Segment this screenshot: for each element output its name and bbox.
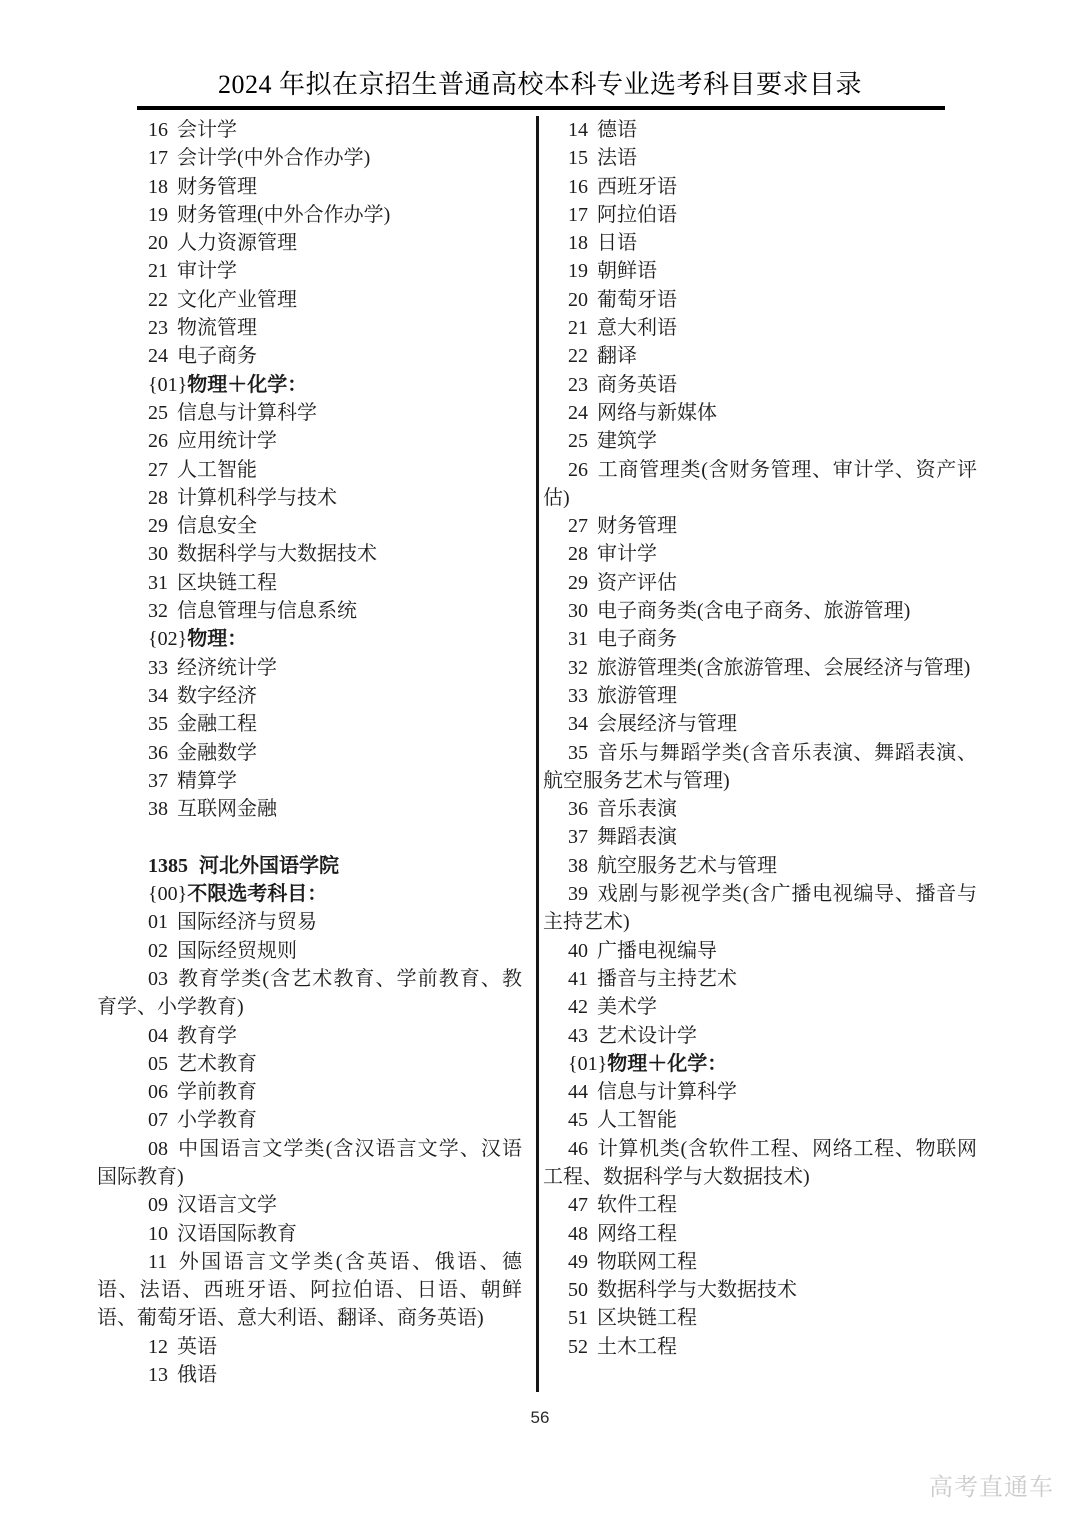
major-item: 22文化产业管理 — [97, 286, 522, 314]
major-number: 05 — [148, 1053, 168, 1075]
major-item: 02国际经贸规则 — [97, 937, 522, 965]
major-number: 22 — [568, 345, 588, 367]
major-item: 19朝鲜语 — [543, 257, 977, 285]
major-name: 信息安全 — [177, 515, 257, 537]
page-title: 2024 年拟在京招生普通高校本科专业选考科目要求目录 — [0, 68, 1080, 102]
major-name: 意大利语 — [597, 317, 677, 339]
major-name: 商务英语 — [597, 374, 677, 396]
major-name: 数据科学与大数据技术 — [597, 1279, 797, 1301]
major-number: 18 — [568, 232, 588, 254]
major-name: 电子商务类(含电子商务、旅游管理) — [597, 600, 910, 622]
document-page: 2024 年拟在京招生普通高校本科专业选考科目要求目录 16会计学17会计学(中… — [0, 0, 1080, 1527]
requirement-code: {01} — [148, 374, 187, 396]
major-item: 05艺术教育 — [97, 1050, 522, 1078]
page-number: 56 — [0, 1408, 1080, 1428]
major-item: 06学前教育 — [97, 1078, 522, 1106]
subject-requirement-heading: {01}物理＋化学： — [97, 371, 522, 399]
major-name: 翻译 — [597, 345, 637, 367]
major-name: 电子商务 — [177, 345, 257, 367]
major-item: 47软件工程 — [543, 1191, 977, 1219]
major-item: 25建筑学 — [543, 427, 977, 455]
major-name: 会计学(中外合作办学) — [177, 147, 370, 169]
major-name: 土木工程 — [597, 1336, 677, 1358]
major-number: 17 — [148, 147, 168, 169]
major-number: 38 — [568, 855, 588, 877]
major-name: 德语 — [597, 119, 637, 141]
major-number: 16 — [148, 119, 168, 141]
major-item: 23物流管理 — [97, 314, 522, 342]
major-item: 52土木工程 — [543, 1333, 977, 1361]
major-item: 12英语 — [97, 1333, 522, 1361]
major-number: 13 — [148, 1364, 168, 1386]
major-name: 审计学 — [597, 543, 657, 565]
major-item: 24电子商务 — [97, 342, 522, 370]
major-name: 物联网工程 — [597, 1251, 697, 1273]
major-name: 审计学 — [177, 260, 237, 282]
major-number: 16 — [568, 176, 588, 198]
major-item: 21意大利语 — [543, 314, 977, 342]
major-item: 29信息安全 — [97, 512, 522, 540]
major-item: 45人工智能 — [543, 1106, 977, 1134]
major-item: 30电子商务类(含电子商务、旅游管理) — [543, 597, 977, 625]
major-item: 04教育学 — [97, 1022, 522, 1050]
major-item: 49物联网工程 — [543, 1248, 977, 1276]
major-name: 旅游管理类(含旅游管理、会展经济与管理) — [597, 657, 970, 679]
major-name: 汉语国际教育 — [177, 1223, 297, 1245]
major-name: 音乐与舞蹈学类(含音乐表演、舞蹈表演、航空服务艺术与管理) — [543, 742, 977, 792]
major-item: 07小学教育 — [97, 1106, 522, 1134]
major-item: 34会展经济与管理 — [543, 710, 977, 738]
requirement-label: 物理： — [187, 628, 247, 650]
major-number: 04 — [148, 1025, 168, 1047]
major-name: 艺术设计学 — [597, 1025, 697, 1047]
major-item: 28计算机科学与技术 — [97, 484, 522, 512]
major-item: 42美术学 — [543, 993, 977, 1021]
major-name: 英语 — [177, 1336, 217, 1358]
major-name: 广播电视编导 — [597, 940, 717, 962]
major-number: 28 — [568, 543, 588, 565]
major-item: 22翻译 — [543, 342, 977, 370]
major-item: 25信息与计算科学 — [97, 399, 522, 427]
major-number: 32 — [148, 600, 168, 622]
major-name: 国际经济与贸易 — [177, 911, 317, 933]
major-number: 46 — [568, 1138, 588, 1160]
major-number: 31 — [148, 572, 168, 594]
major-number: 52 — [568, 1336, 588, 1358]
major-number: 36 — [148, 742, 168, 764]
institution-heading: 1385河北外国语学院 — [97, 852, 522, 880]
requirement-code: {01} — [568, 1053, 607, 1075]
major-number: 17 — [568, 204, 588, 226]
major-item: 14德语 — [543, 116, 977, 144]
major-number: 27 — [148, 459, 168, 481]
major-number: 08 — [148, 1138, 168, 1160]
major-name: 工商管理类(含财务管理、审计学、资产评估) — [543, 459, 977, 509]
major-name: 教育学 — [177, 1025, 237, 1047]
major-name: 旅游管理 — [597, 685, 677, 707]
major-number: 25 — [148, 402, 168, 424]
major-number: 09 — [148, 1194, 168, 1216]
major-name: 数字经济 — [177, 685, 257, 707]
major-name: 计算机科学与技术 — [177, 487, 337, 509]
major-name: 音乐表演 — [597, 798, 677, 820]
major-name: 信息与计算科学 — [597, 1081, 737, 1103]
major-name: 信息管理与信息系统 — [177, 600, 357, 622]
major-number: 02 — [148, 940, 168, 962]
major-number: 34 — [568, 713, 588, 735]
major-item: 24网络与新媒体 — [543, 399, 977, 427]
major-name: 会展经济与管理 — [597, 713, 737, 735]
blank-line — [97, 823, 522, 851]
major-number: 51 — [568, 1307, 588, 1329]
major-item: 36金融数学 — [97, 739, 522, 767]
major-item: 27财务管理 — [543, 512, 977, 540]
major-number: 35 — [568, 742, 588, 764]
major-item: 43艺术设计学 — [543, 1022, 977, 1050]
major-item: 36音乐表演 — [543, 795, 977, 823]
major-name: 阿拉伯语 — [597, 204, 677, 226]
major-item: 35音乐与舞蹈学类(含音乐表演、舞蹈表演、航空服务艺术与管理) — [543, 739, 977, 796]
major-number: 30 — [568, 600, 588, 622]
major-item: 26应用统计学 — [97, 427, 522, 455]
subject-requirement-heading: {02}物理： — [97, 625, 522, 653]
major-number: 28 — [148, 487, 168, 509]
major-item: 01国际经济与贸易 — [97, 908, 522, 936]
major-item: 32旅游管理类(含旅游管理、会展经济与管理) — [543, 654, 977, 682]
major-name: 物流管理 — [177, 317, 257, 339]
institution-code: 1385 — [148, 855, 188, 877]
major-number: 38 — [148, 798, 168, 820]
major-name: 计算机类(含软件工程、网络工程、物联网工程、数据科学与大数据技术) — [543, 1138, 977, 1188]
major-name: 网络工程 — [597, 1223, 677, 1245]
major-name: 财务管理 — [177, 176, 257, 198]
major-number: 07 — [148, 1109, 168, 1131]
major-item: 48网络工程 — [543, 1220, 977, 1248]
major-item: 51区块链工程 — [543, 1304, 977, 1332]
major-item: 30数据科学与大数据技术 — [97, 540, 522, 568]
major-name: 数据科学与大数据技术 — [177, 543, 377, 565]
major-number: 36 — [568, 798, 588, 820]
major-number: 39 — [568, 883, 588, 905]
major-number: 19 — [568, 260, 588, 282]
major-number: 37 — [568, 826, 588, 848]
major-item: 31电子商务 — [543, 625, 977, 653]
major-number: 20 — [148, 232, 168, 254]
major-item: 35金融工程 — [97, 710, 522, 738]
major-item: 20人力资源管理 — [97, 229, 522, 257]
major-name: 葡萄牙语 — [597, 289, 677, 311]
major-number: 15 — [568, 147, 588, 169]
major-number: 27 — [568, 515, 588, 537]
major-item: 50数据科学与大数据技术 — [543, 1276, 977, 1304]
major-number: 29 — [148, 515, 168, 537]
requirement-label: 物理＋化学： — [187, 374, 307, 396]
major-number: 14 — [568, 119, 588, 141]
major-name: 精算学 — [177, 770, 237, 792]
major-number: 19 — [148, 204, 168, 226]
major-item: 32信息管理与信息系统 — [97, 597, 522, 625]
major-item: 09汉语言文学 — [97, 1191, 522, 1219]
major-item: 16会计学 — [97, 116, 522, 144]
major-name: 小学教育 — [177, 1109, 257, 1131]
major-number: 42 — [568, 996, 588, 1018]
major-name: 国际经贸规则 — [177, 940, 297, 962]
major-number: 41 — [568, 968, 588, 990]
major-item: 34数字经济 — [97, 682, 522, 710]
major-number: 32 — [568, 657, 588, 679]
major-item: 10汉语国际教育 — [97, 1220, 522, 1248]
major-item: 26工商管理类(含财务管理、审计学、资产评估) — [543, 456, 977, 513]
requirement-code: {02} — [148, 628, 187, 650]
major-item: 39戏剧与影视学类(含广播电视编导、播音与主持艺术) — [543, 880, 977, 937]
major-name: 区块链工程 — [597, 1307, 697, 1329]
major-name: 应用统计学 — [177, 430, 277, 452]
major-name: 电子商务 — [597, 628, 677, 650]
major-number: 30 — [148, 543, 168, 565]
major-number: 33 — [148, 657, 168, 679]
major-name: 美术学 — [597, 996, 657, 1018]
major-number: 50 — [568, 1279, 588, 1301]
major-item: 13俄语 — [97, 1361, 522, 1389]
major-item: 23商务英语 — [543, 371, 977, 399]
major-item: 20葡萄牙语 — [543, 286, 977, 314]
major-number: 21 — [148, 260, 168, 282]
major-number: 49 — [568, 1251, 588, 1273]
major-number: 03 — [148, 968, 168, 990]
requirement-label: 物理＋化学： — [607, 1053, 727, 1075]
major-name: 会计学 — [177, 119, 237, 141]
major-item: 29资产评估 — [543, 569, 977, 597]
major-item: 37舞蹈表演 — [543, 823, 977, 851]
major-name: 建筑学 — [597, 430, 657, 452]
major-name: 西班牙语 — [597, 176, 677, 198]
major-number: 22 — [148, 289, 168, 311]
major-name: 俄语 — [177, 1364, 217, 1386]
major-item: 31区块链工程 — [97, 569, 522, 597]
major-number: 43 — [568, 1025, 588, 1047]
major-name: 艺术教育 — [177, 1053, 257, 1075]
major-number: 29 — [568, 572, 588, 594]
left-column: 16会计学17会计学(中外合作办学)18财务管理19财务管理(中外合作办学)20… — [97, 116, 536, 1392]
major-item: 03教育学类(含艺术教育、学前教育、教育学、小学教育) — [97, 965, 522, 1022]
major-name: 汉语言文学 — [177, 1194, 277, 1216]
major-item: 11外国语言文学类(含英语、俄语、德语、法语、西班牙语、阿拉伯语、日语、朝鲜语、… — [97, 1248, 522, 1333]
title-rule — [137, 106, 945, 110]
major-name: 财务管理(中外合作办学) — [177, 204, 390, 226]
major-name: 经济统计学 — [177, 657, 277, 679]
major-name: 互联网金融 — [177, 798, 277, 820]
requirement-code: {00} — [148, 883, 187, 905]
major-item: 44信息与计算科学 — [543, 1078, 977, 1106]
major-item: 41播音与主持艺术 — [543, 965, 977, 993]
major-name: 信息与计算科学 — [177, 402, 317, 424]
major-name: 播音与主持艺术 — [597, 968, 737, 990]
major-name: 学前教育 — [177, 1081, 257, 1103]
two-column-body: 16会计学17会计学(中外合作办学)18财务管理19财务管理(中外合作办学)20… — [97, 116, 977, 1392]
major-name: 人力资源管理 — [177, 232, 297, 254]
major-item: 18日语 — [543, 229, 977, 257]
major-name: 区块链工程 — [177, 572, 277, 594]
major-number: 01 — [148, 911, 168, 933]
major-number: 34 — [148, 685, 168, 707]
major-number: 11 — [148, 1251, 167, 1273]
institution-name: 河北外国语学院 — [199, 855, 339, 877]
major-item: 17会计学(中外合作办学) — [97, 144, 522, 172]
watermark: 高考直通车 — [929, 1467, 1054, 1502]
subject-requirement-heading: {00}不限选考科目： — [97, 880, 522, 908]
major-name: 戏剧与影视学类(含广播电视编导、播音与主持艺术) — [543, 883, 977, 933]
major-name: 文化产业管理 — [177, 289, 297, 311]
major-number: 26 — [568, 459, 588, 481]
major-name: 舞蹈表演 — [597, 826, 677, 848]
major-item: 17阿拉伯语 — [543, 201, 977, 229]
major-name: 人工智能 — [177, 459, 257, 481]
major-number: 24 — [568, 402, 588, 424]
major-number: 26 — [148, 430, 168, 452]
major-number: 23 — [148, 317, 168, 339]
major-item: 19财务管理(中外合作办学) — [97, 201, 522, 229]
major-item: 18财务管理 — [97, 173, 522, 201]
major-name: 软件工程 — [597, 1194, 677, 1216]
major-name: 法语 — [597, 147, 637, 169]
major-number: 24 — [148, 345, 168, 367]
right-column: 14德语15法语16西班牙语17阿拉伯语18日语19朝鲜语20葡萄牙语21意大利… — [536, 116, 977, 1392]
major-number: 21 — [568, 317, 588, 339]
major-item: 21审计学 — [97, 257, 522, 285]
major-name: 人工智能 — [597, 1109, 677, 1131]
major-number: 45 — [568, 1109, 588, 1131]
major-number: 48 — [568, 1223, 588, 1245]
major-name: 网络与新媒体 — [597, 402, 717, 424]
major-number: 23 — [568, 374, 588, 396]
major-number: 37 — [148, 770, 168, 792]
major-item: 33经济统计学 — [97, 654, 522, 682]
major-item: 27人工智能 — [97, 456, 522, 484]
major-name: 航空服务艺术与管理 — [597, 855, 777, 877]
major-item: 38航空服务艺术与管理 — [543, 852, 977, 880]
major-name: 资产评估 — [597, 572, 677, 594]
major-name: 财务管理 — [597, 515, 677, 537]
major-number: 44 — [568, 1081, 588, 1103]
major-item: 16西班牙语 — [543, 173, 977, 201]
major-name: 朝鲜语 — [597, 260, 657, 282]
major-item: 37精算学 — [97, 767, 522, 795]
requirement-label: 不限选考科目： — [187, 883, 327, 905]
major-number: 06 — [148, 1081, 168, 1103]
major-item: 40广播电视编导 — [543, 937, 977, 965]
major-number: 12 — [148, 1336, 168, 1358]
subject-requirement-heading: {01}物理＋化学： — [543, 1050, 977, 1078]
major-number: 10 — [148, 1223, 168, 1245]
major-item: 08中国语言文学类(含汉语言文学、汉语国际教育) — [97, 1135, 522, 1192]
major-name: 金融数学 — [177, 742, 257, 764]
major-item: 46计算机类(含软件工程、网络工程、物联网工程、数据科学与大数据技术) — [543, 1135, 977, 1192]
major-item: 28审计学 — [543, 540, 977, 568]
major-item: 33旅游管理 — [543, 682, 977, 710]
major-number: 20 — [568, 289, 588, 311]
major-number: 25 — [568, 430, 588, 452]
major-number: 35 — [148, 713, 168, 735]
major-number: 31 — [568, 628, 588, 650]
major-number: 47 — [568, 1194, 588, 1216]
major-item: 15法语 — [543, 144, 977, 172]
major-name: 金融工程 — [177, 713, 257, 735]
major-number: 40 — [568, 940, 588, 962]
major-number: 33 — [568, 685, 588, 707]
major-item: 38互联网金融 — [97, 795, 522, 823]
major-number: 18 — [148, 176, 168, 198]
major-name: 日语 — [597, 232, 637, 254]
